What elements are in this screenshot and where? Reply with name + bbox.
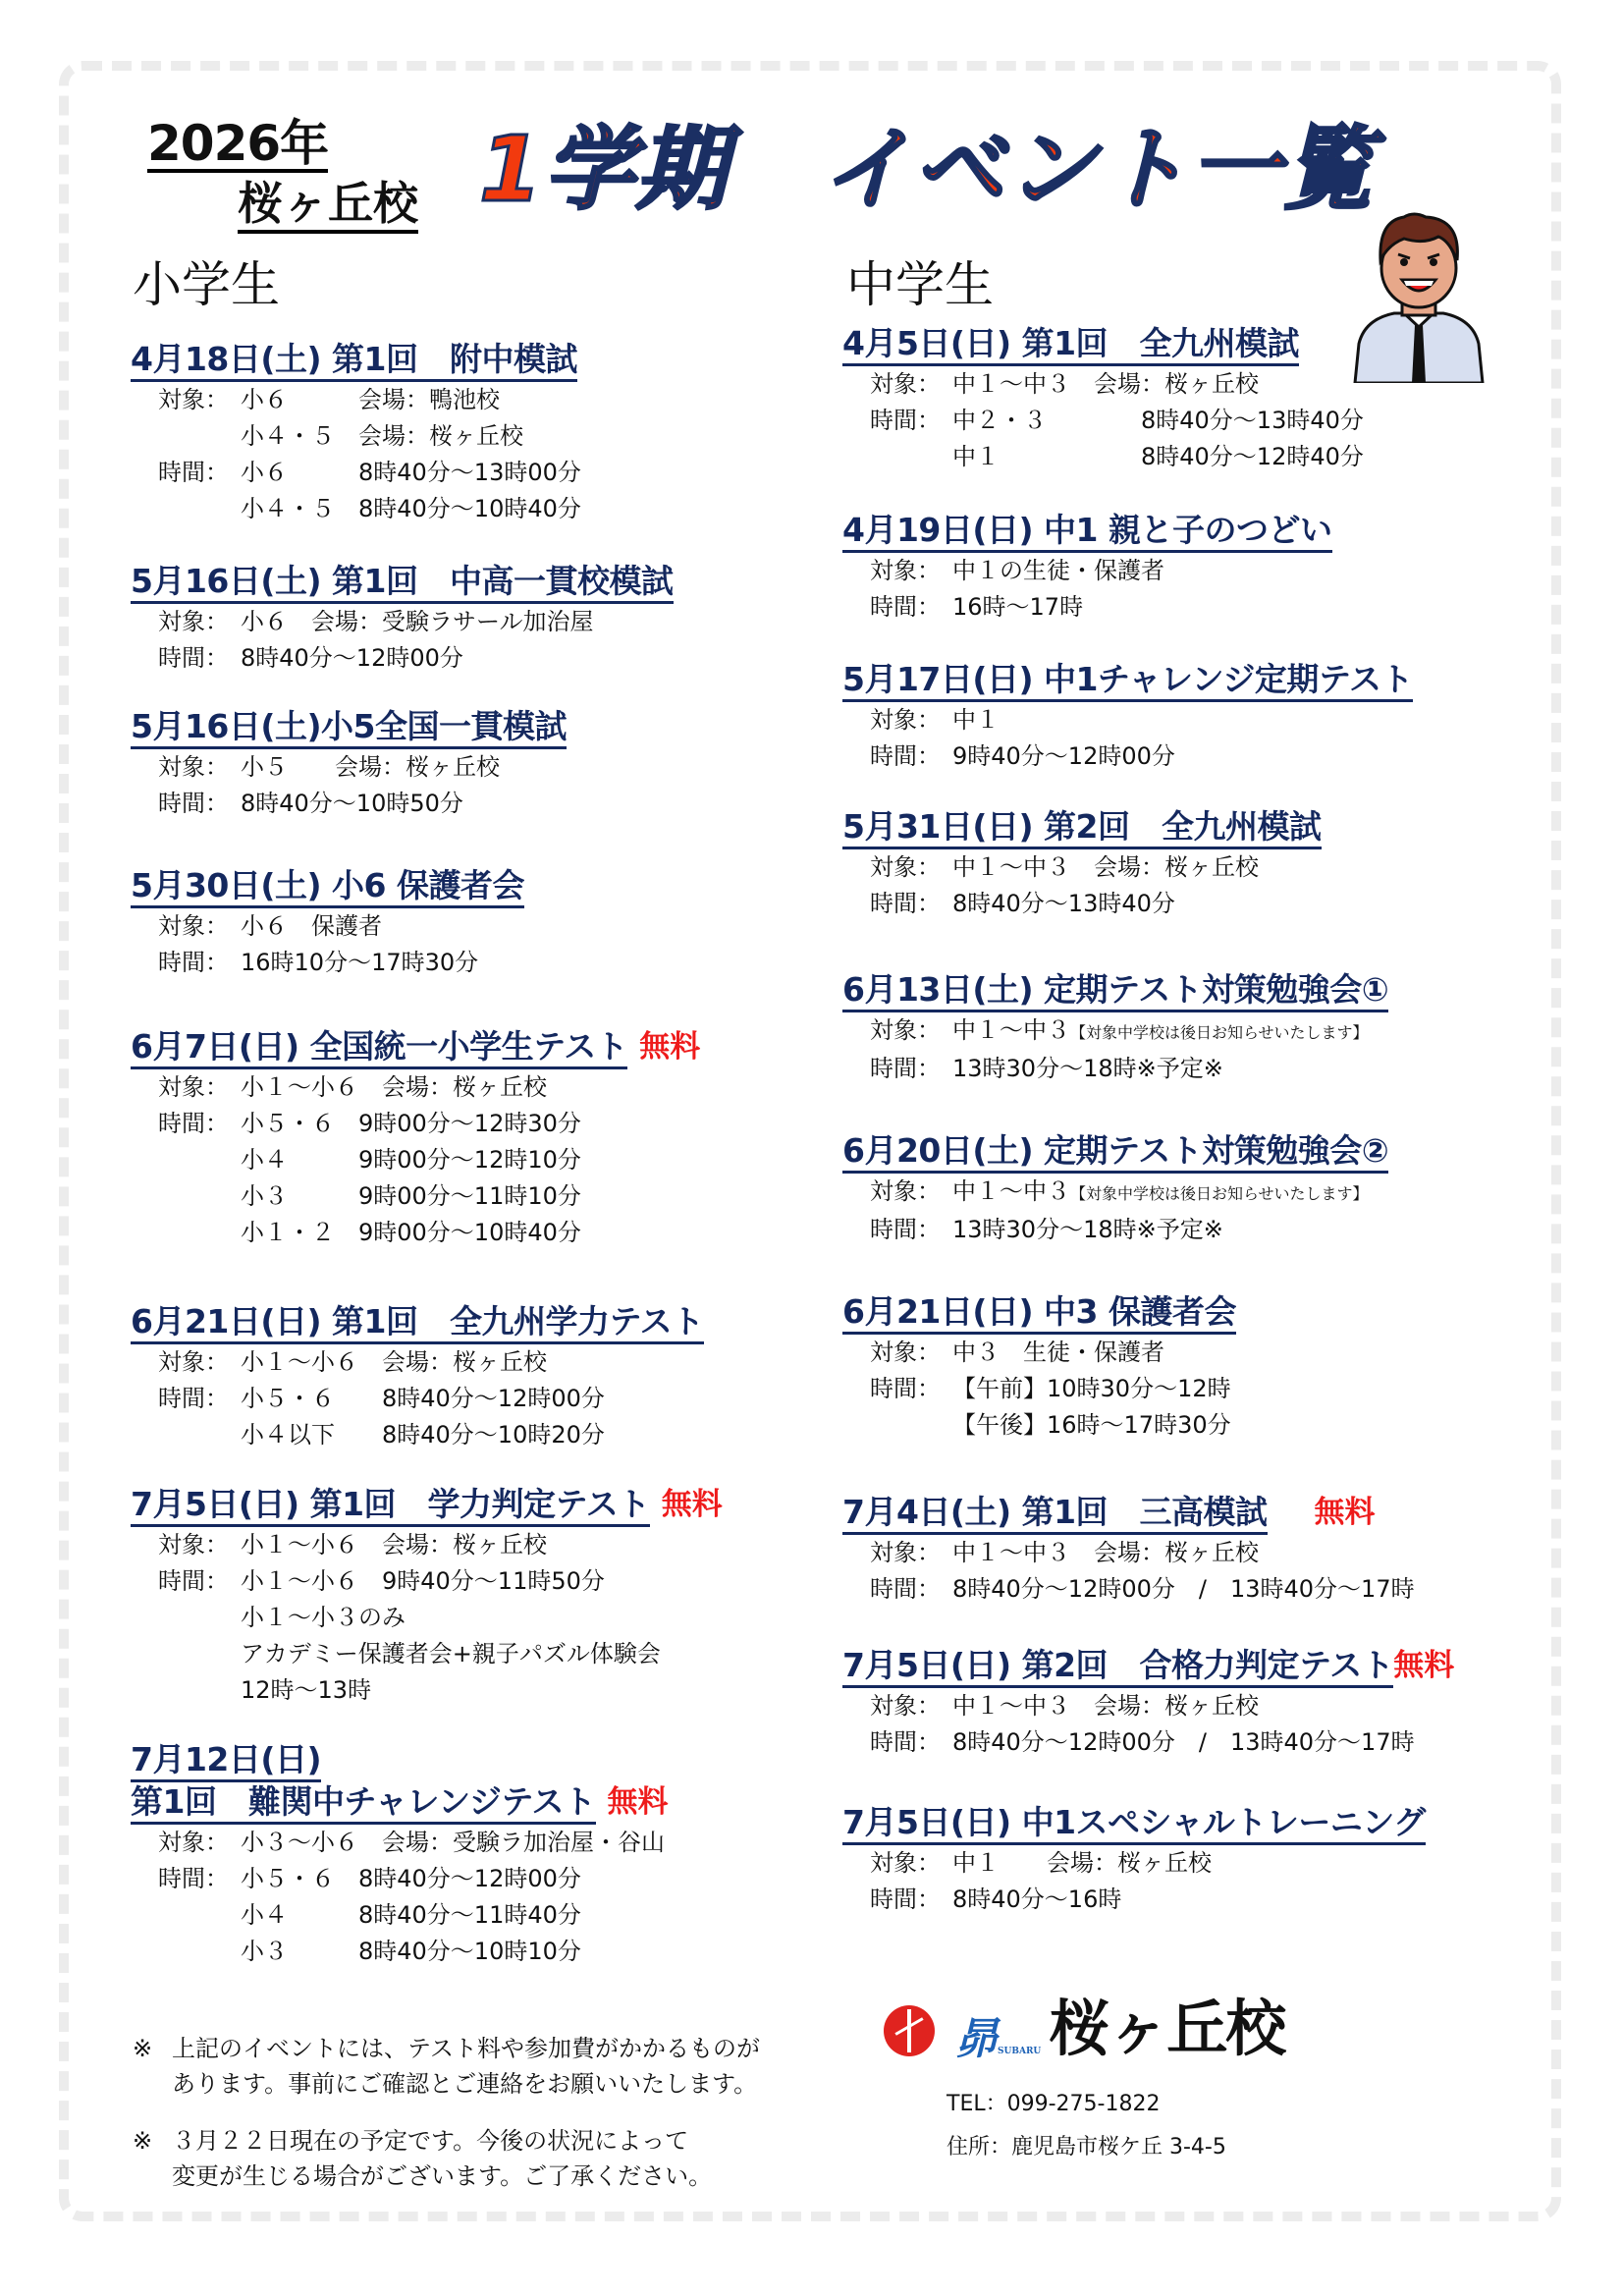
row-text: 中１〜中３: [952, 1012, 1070, 1049]
row-label: 時間：: [158, 945, 241, 981]
event-item: 4月18日(土) 第1回 附中模試 対象：小６ 会場：鴨池校 小４・５ 会場：桜…: [131, 340, 581, 527]
row-label: 時間：: [870, 738, 952, 775]
event-item: 5月30日(土) 小6 保護者会 対象：小６ 保護者 時間：16時10分〜17時…: [131, 866, 524, 981]
event-title: 5月16日(土) 第1回 中高一貫校模試: [131, 562, 674, 604]
row-label: 時間：: [158, 640, 241, 677]
row-label: 対象：: [158, 604, 241, 640]
row-label: 対象：: [870, 1688, 952, 1724]
row-text: 小４・５ 8時40分〜10時40分: [241, 491, 581, 527]
row-label: 時間：: [158, 1861, 241, 1897]
row-text: 8時40分〜16時: [952, 1882, 1121, 1918]
row-text: 中１ 8時40分〜12時40分: [952, 439, 1364, 475]
row-note: 【対象中学校は後日お知らせいたします】: [1070, 1184, 1369, 1203]
row-note: 【対象中学校は後日お知らせいたします】: [1070, 1023, 1369, 1042]
row-text: 小５・６ 8時40分〜12時00分: [241, 1861, 581, 1897]
row-text: アカデミー保護者会+親子パズル体験会: [241, 1636, 661, 1672]
row-text: 8時40分〜12時00分: [241, 640, 463, 677]
event-item: 5月17日(日) 中1チャレンジ定期テスト 対象：中１ 時間：9時40分〜12時…: [842, 660, 1413, 775]
event-item: 6月7日(日) 全国統一小学生テスト無料 対象：小１〜小６ 会場：桜ヶ丘校 時間…: [131, 1027, 700, 1251]
row-text: 13時30分〜18時※予定※: [952, 1212, 1223, 1248]
row-label: 時間：: [870, 403, 952, 439]
event-item: 5月16日(土) 第1回 中高一貫校模試 対象：小６ 会場：受験ラサール加治屋 …: [131, 562, 674, 677]
row-label: 時間：: [158, 1563, 241, 1600]
row-text: 8時40分〜13時40分: [952, 886, 1175, 922]
event-item: 6月21日(日) 第1回 全九州学力テスト 対象：小１〜小６ 会場：桜ヶ丘校 時…: [131, 1302, 704, 1453]
section-title-elementary: 小学生: [133, 257, 280, 312]
row-label: 対象：: [158, 1344, 241, 1381]
row-text: 中１ 会場：桜ヶ丘校: [952, 1845, 1212, 1882]
event-title: 4月5日(日) 第1回 全九州模試: [842, 324, 1299, 366]
row-text: 中３ 生徒・保護者: [952, 1335, 1164, 1371]
row-text: 小６ 会場：受験ラサール加治屋: [241, 604, 594, 640]
address: 住所：鹿児島市桜ケ丘 3-4-5: [947, 2129, 1375, 2166]
row-text: 中２・３ 8時40分〜13時40分: [952, 403, 1364, 439]
event-title: 4月19日(日) 中1 親と子のつどい: [842, 511, 1332, 553]
footnote-mark: ※: [133, 2031, 152, 2066]
row-text: 小６ 会場：鴨池校: [241, 382, 500, 418]
row-text: 12時〜13時: [241, 1672, 371, 1709]
year-label: 2026年: [147, 118, 328, 173]
row-label: 対象：: [158, 1069, 241, 1106]
event-title: 7月4日(土) 第1回 三高模試: [842, 1493, 1268, 1535]
row-text: 小３ 9時00分〜11時10分: [241, 1178, 581, 1215]
subaru-brand-latin: SUBARU: [998, 2047, 1041, 2056]
event-title: 4月18日(土) 第1回 附中模試: [131, 340, 577, 382]
event-title-line2: 第1回 難関中チャレンジテスト: [131, 1782, 596, 1825]
row-text: 中１: [952, 702, 1000, 738]
footnote-line: ３月２２日現在の予定です。今後の状況によって: [172, 2123, 760, 2159]
subaru-brand-mark: 昴: [954, 2015, 998, 2064]
row-label: 対象：: [870, 1335, 952, 1371]
row-text: 小６ 保護者: [241, 908, 382, 945]
footnote-mark: ※: [133, 2123, 152, 2159]
footnote-schedule: ※ ３月２２日現在の予定です。今後の状況によって 変更が生じる場合がございます。…: [133, 2123, 760, 2194]
row-label: 時間：: [870, 1212, 952, 1248]
event-item: 5月31日(日) 第2回 全九州模試 対象：中１〜中３ 会場：桜ヶ丘校 時間：8…: [842, 807, 1322, 922]
event-item: 4月5日(日) 第1回 全九州模試 対象：中１〜中３ 会場：桜ヶ丘校 時間：中２…: [842, 324, 1364, 475]
event-title: 6月7日(日) 全国統一小学生テスト: [131, 1027, 627, 1069]
row-text: 小６ 8時40分〜13時00分: [241, 455, 581, 491]
event-title: 7月5日(日) 第2回 合格力判定テスト: [842, 1646, 1393, 1688]
row-label: 対象：: [158, 908, 241, 945]
row-text: 中１〜中３ 会場：桜ヶ丘校: [952, 1688, 1259, 1724]
row-label: 対象：: [870, 1845, 952, 1882]
row-label: 時間：: [158, 1106, 241, 1142]
row-text: 中１〜中３: [952, 1174, 1070, 1210]
row-label: 時間：: [870, 589, 952, 626]
row-text: 小１〜小６ 会場：桜ヶ丘校: [241, 1344, 547, 1381]
row-label: 時間：: [870, 1371, 952, 1407]
event-title: 5月17日(日) 中1チャレンジ定期テスト: [842, 660, 1413, 702]
row-label: 時間：: [158, 786, 241, 822]
row-text: 小５ 会場：桜ヶ丘校: [241, 749, 500, 786]
row-text: 小１・２ 9時00分〜10時40分: [241, 1215, 581, 1251]
row-text: 【午前】10時30分〜12時: [952, 1371, 1231, 1407]
footnote-line: あります。事前にご確認とご連絡をお願いいたします。: [172, 2066, 760, 2102]
row-label: 時間：: [158, 1381, 241, 1417]
row-label: 時間：: [870, 1882, 952, 1918]
event-item: 6月20日(土) 定期テスト対策勉強会② 対象：中１〜中３【対象中学校は後日お知…: [842, 1131, 1388, 1248]
footnote-line: 上記のイベントには、テスト料や参加費がかかるものが: [172, 2031, 760, 2066]
contact-info: TEL：099-275-1822 住所：鹿児島市桜ケ丘 3-4-5: [947, 2086, 1375, 2166]
event-title: 5月31日(日) 第2回 全九州模試: [842, 807, 1322, 849]
event-item: 7月4日(土) 第1回 三高模試無料 対象：中１〜中３ 会場：桜ヶ丘校 時間：8…: [842, 1493, 1415, 1608]
row-label: 対象：: [158, 382, 241, 418]
row-text: 小４・５ 会場：桜ヶ丘校: [241, 418, 523, 455]
row-label: 時間：: [158, 455, 241, 491]
emblem-icon: [884, 2005, 935, 2056]
row-label: 対象：: [158, 1825, 241, 1861]
row-text: 小１〜小３のみ: [241, 1600, 406, 1636]
row-label: 時間：: [870, 1724, 952, 1761]
event-title: 7月5日(日) 第1回 学力判定テスト: [131, 1485, 650, 1527]
row-label: 時間：: [870, 886, 952, 922]
event-title: 6月21日(日) 第1回 全九州学力テスト: [131, 1302, 704, 1344]
logo-row: 昴 SUBARU 桜ヶ丘校: [884, 1994, 1375, 2064]
row-text: 小４以下 8時40分〜10時20分: [241, 1417, 605, 1453]
row-text: 小４ 8時40分〜11時40分: [241, 1897, 581, 1934]
teacher-illustration-icon: [1345, 211, 1492, 383]
phone-number: TEL：099-275-1822: [947, 2086, 1375, 2123]
row-text: 【午後】16時〜17時30分: [952, 1407, 1231, 1444]
logo-school-name: 桜ヶ丘校: [1049, 1994, 1284, 2064]
row-label: 対象：: [870, 849, 952, 886]
event-item: 7月5日(日) 中1スペシャルトレーニング 対象：中１ 会場：桜ヶ丘校 時間：8…: [842, 1803, 1426, 1918]
row-text: 小３ 8時40分〜10時10分: [241, 1934, 581, 1970]
row-label: 対象：: [870, 1535, 952, 1571]
row-text: 13時30分〜18時※予定※: [952, 1051, 1223, 1087]
event-item: 6月13日(土) 定期テスト対策勉強会① 対象：中１〜中３【対象中学校は後日お知…: [842, 970, 1388, 1087]
row-label: 対象：: [158, 1527, 241, 1563]
free-badge: 無料: [1393, 1646, 1454, 1685]
event-title: 6月13日(土) 定期テスト対策勉強会①: [842, 970, 1388, 1012]
row-text: 16時〜17時: [952, 589, 1083, 626]
row-text: 小１〜小６ 会場：桜ヶ丘校: [241, 1527, 547, 1563]
footnote-fees: ※ 上記のイベントには、テスト料や参加費がかかるものが あります。事前にご確認と…: [133, 2031, 760, 2102]
row-label: 対象：: [158, 749, 241, 786]
row-text: 中１〜中３ 会場：桜ヶ丘校: [952, 849, 1259, 886]
section-title-junior-high: 中学生: [846, 257, 994, 312]
free-badge: 無料: [639, 1027, 700, 1066]
page-title: 1学期 イベント一覧: [479, 116, 1375, 224]
row-text: 中１の生徒・保護者: [952, 553, 1164, 589]
row-label: 時間：: [870, 1051, 952, 1087]
row-label: 対象：: [870, 702, 952, 738]
row-text: 16時10分〜17時30分: [241, 945, 478, 981]
school-logo-block: 昴 SUBARU 桜ヶ丘校 TEL：099-275-1822 住所：鹿児島市桜ケ…: [884, 1994, 1375, 2190]
row-text: 中１〜中３ 会場：桜ヶ丘校: [952, 366, 1259, 403]
event-item: 6月21日(日) 中3 保護者会 対象：中３ 生徒・保護者 時間：【午前】10時…: [842, 1292, 1236, 1444]
row-label: 対象：: [870, 553, 952, 589]
event-title: 7月12日(日): [131, 1740, 321, 1782]
footnote-line: 変更が生じる場合がございます。ご了承ください。: [172, 2159, 760, 2194]
free-badge: 無料: [608, 1782, 669, 1822]
row-text: 9時40分〜12時00分: [952, 738, 1175, 775]
event-item: 7月5日(日) 第2回 合格力判定テスト無料 対象：中１〜中３ 会場：桜ヶ丘校 …: [842, 1646, 1454, 1761]
event-item: 7月12日(日) 第1回 難関中チャレンジテスト無料 対象：小３〜小６ 会場：受…: [131, 1740, 669, 1970]
row-text: 小５・６ 9時00分〜12時30分: [241, 1106, 581, 1142]
free-badge: 無料: [1315, 1493, 1376, 1532]
row-text: 中１〜中３ 会場：桜ヶ丘校: [952, 1535, 1259, 1571]
row-label: 時間：: [870, 1571, 952, 1608]
event-item: 5月16日(土)小5全国一貫模試 対象：小５ 会場：桜ヶ丘校 時間：8時40分〜…: [131, 707, 567, 822]
event-item: 4月19日(日) 中1 親と子のつどい 対象：中１の生徒・保護者 時間：16時〜…: [842, 511, 1332, 626]
event-title: 5月16日(土)小5全国一貫模試: [131, 707, 567, 749]
row-text: 小３〜小６ 会場：受験ラ加治屋・谷山: [241, 1825, 665, 1861]
row-text: 小５・６ 8時40分〜12時00分: [241, 1381, 605, 1417]
event-item: 7月5日(日) 第1回 学力判定テスト無料 対象：小１〜小６ 会場：桜ヶ丘校 時…: [131, 1485, 723, 1709]
row-text: 小４ 9時00分〜12時10分: [241, 1142, 581, 1178]
free-badge: 無料: [662, 1485, 723, 1524]
row-text: 小１〜小６ 会場：桜ヶ丘校: [241, 1069, 547, 1106]
row-text: 8時40分〜12時00分 / 13時40分〜17時: [952, 1724, 1415, 1761]
row-label: 対象：: [870, 1174, 952, 1210]
event-title: 6月20日(土) 定期テスト対策勉強会②: [842, 1131, 1388, 1174]
event-title: 7月5日(日) 中1スペシャルトレーニング: [842, 1803, 1426, 1845]
event-title: 6月21日(日) 中3 保護者会: [842, 1292, 1236, 1335]
row-label: 対象：: [870, 1012, 952, 1049]
footnotes: ※ 上記のイベントには、テスト料や参加費がかかるものが あります。事前にご確認と…: [133, 2031, 760, 2215]
school-name-label: 桜ヶ丘校: [238, 177, 418, 234]
row-text: 8時40分〜12時00分 / 13時40分〜17時: [952, 1571, 1415, 1608]
row-text: 小１〜小６ 9時40分〜11時50分: [241, 1563, 605, 1600]
row-text: 8時40分〜10時50分: [241, 786, 463, 822]
row-label: 対象：: [870, 366, 952, 403]
header-year-school: 2026年 桜ヶ丘校: [147, 118, 328, 173]
event-title: 5月30日(土) 小6 保護者会: [131, 866, 524, 908]
